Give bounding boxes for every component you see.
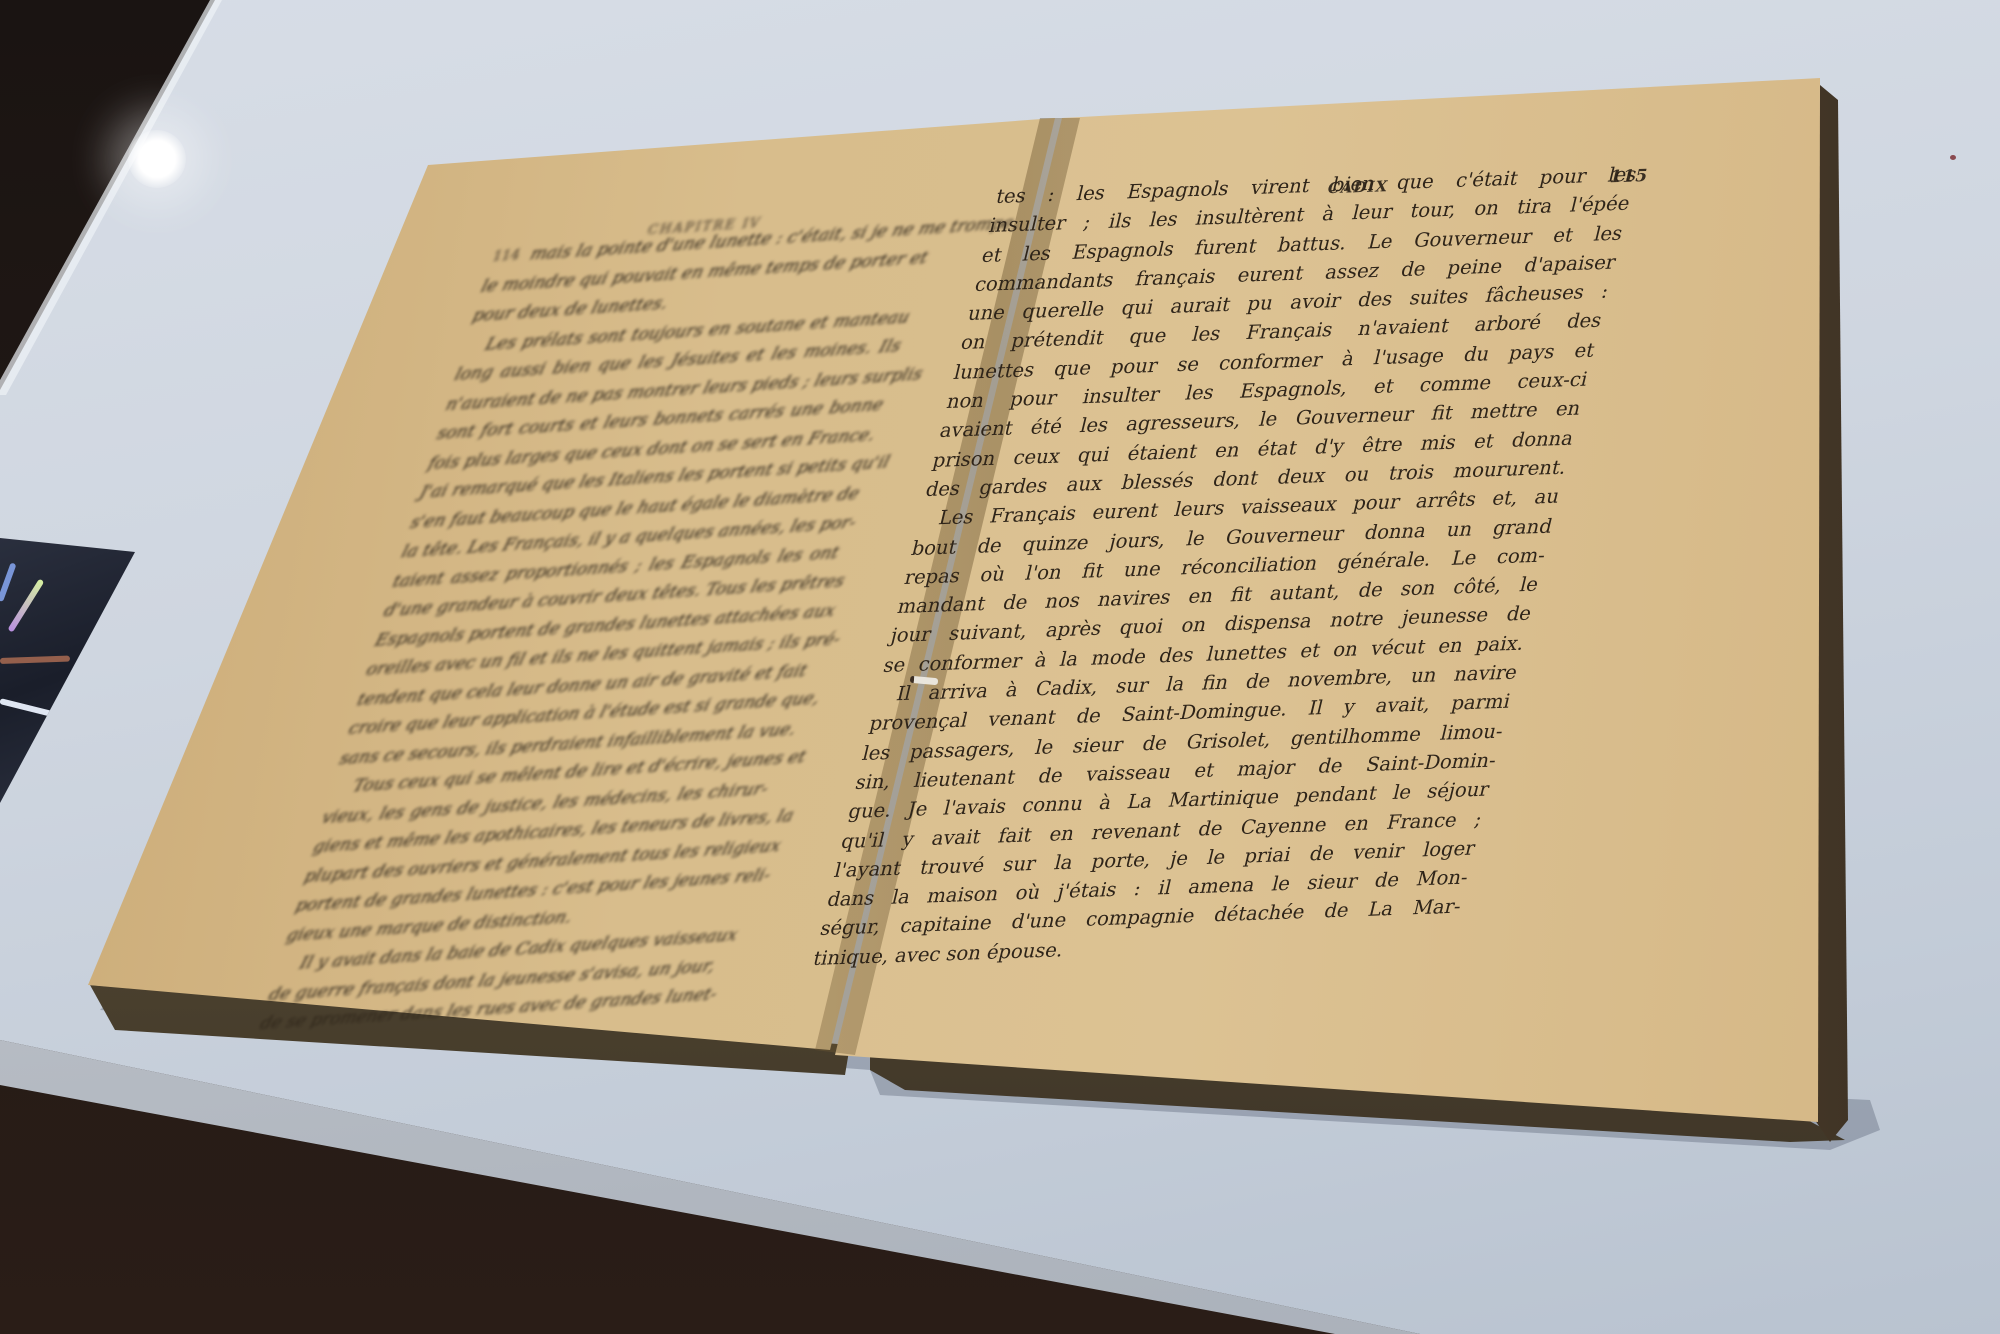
light-glare [128,130,186,188]
photo-scene: 114 CHAPITRE IV mais la pointe d'une lun… [0,0,2000,1334]
surface-speck [1950,155,1956,160]
